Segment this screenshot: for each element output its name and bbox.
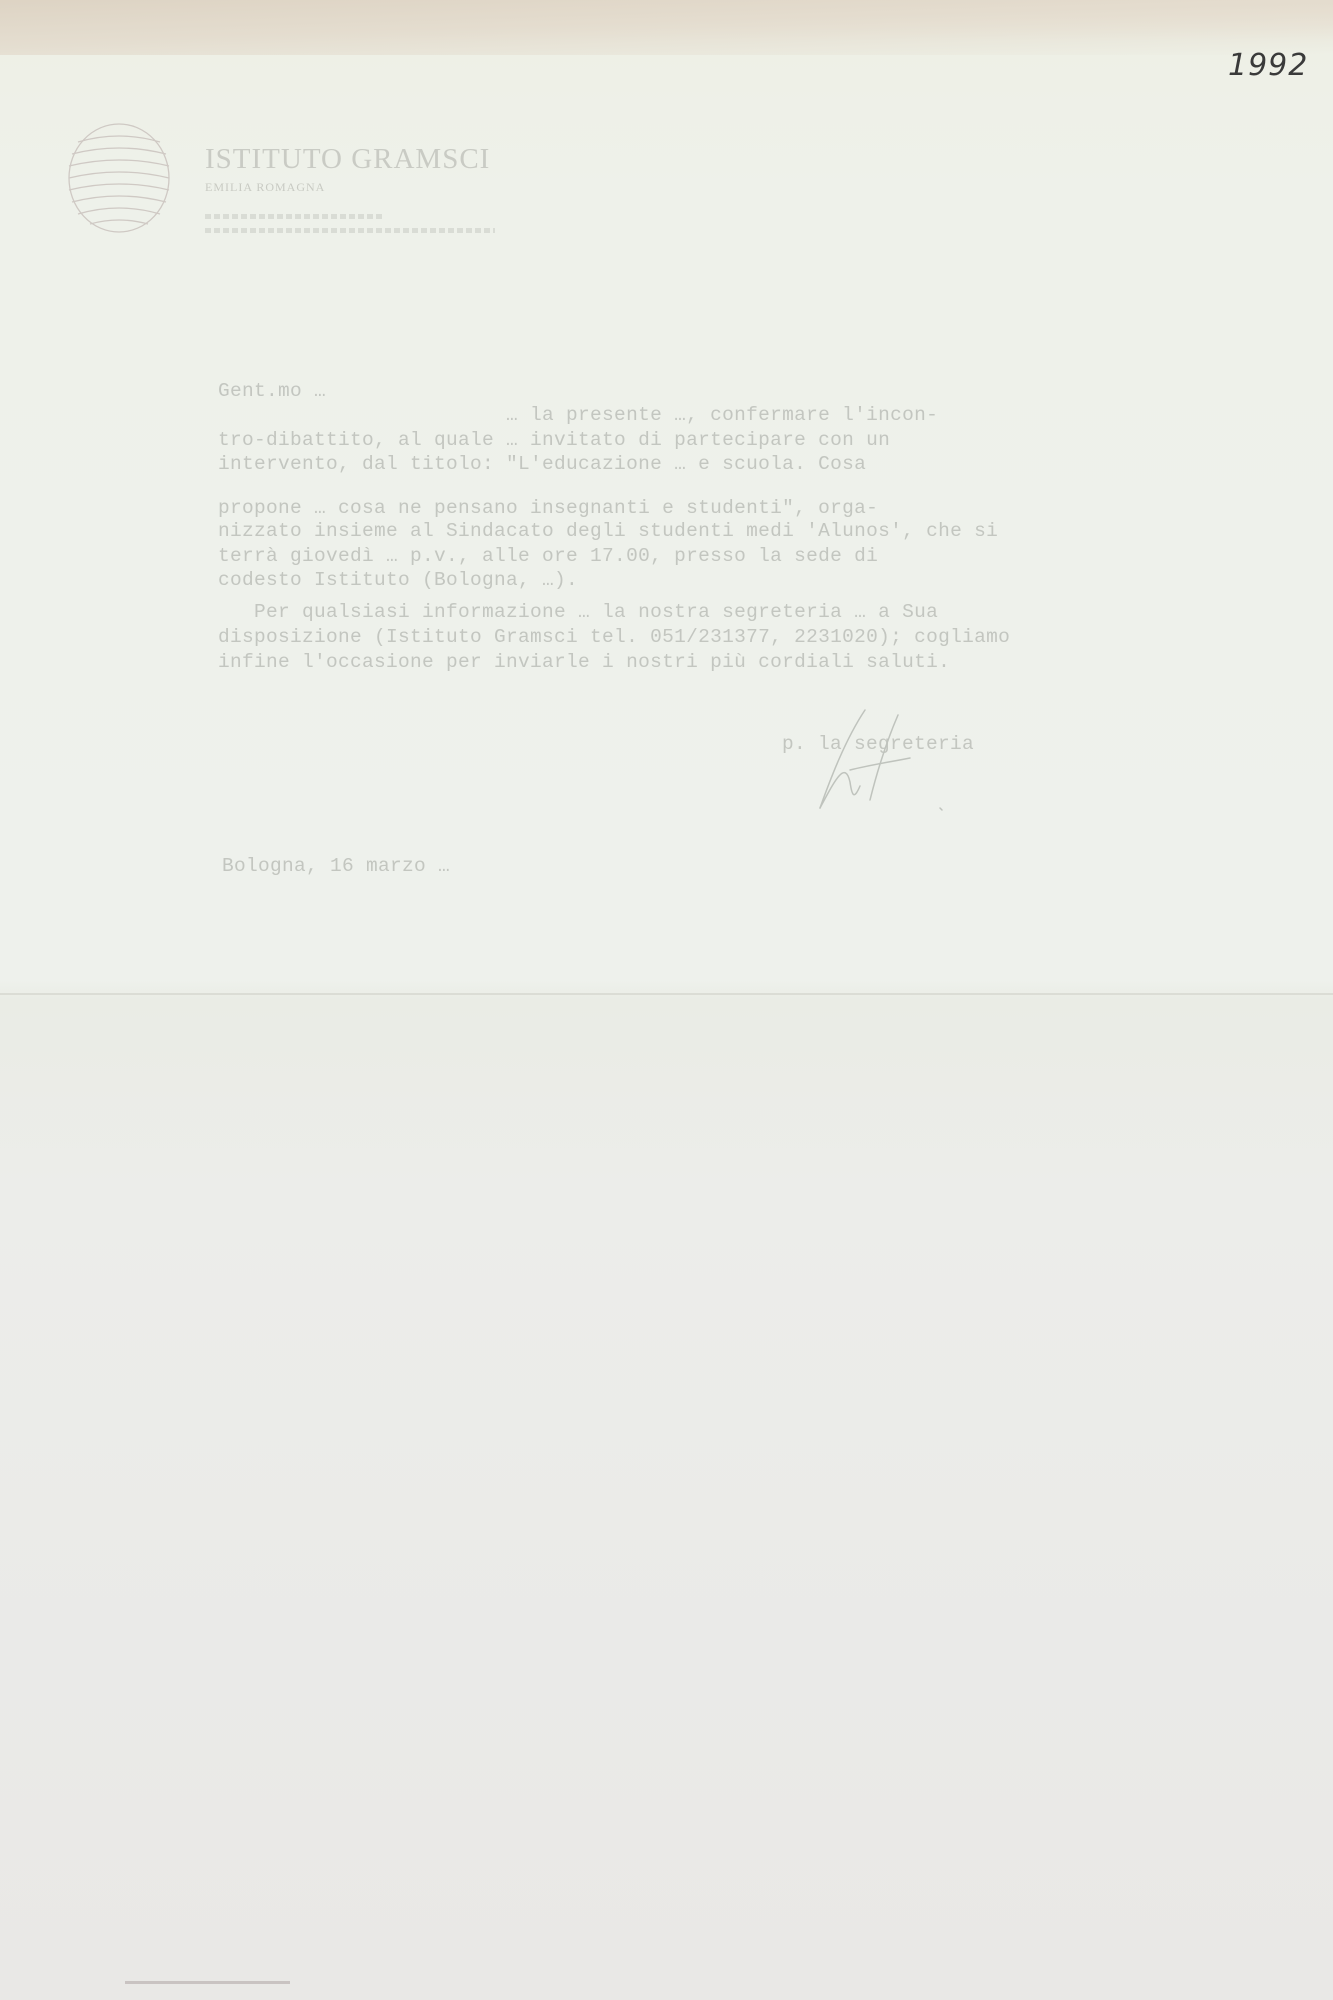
handwritten-year-annotation: 1992 [1228,48,1308,83]
body-line: infine l'occasione per inviarle i nostri… [218,651,950,673]
paper-stain [0,0,1333,55]
striped-globe-icon [64,120,174,235]
body-line: terrà giovedì … p.v., alle ore 17.00, pr… [218,545,878,567]
body-line: nizzato insieme al Sindacato degli stude… [218,520,998,542]
body-line: … la presente …, confermare l'incon- [218,404,938,426]
paper-fold-line [0,993,1333,995]
body-line: Per qualsiasi informazione … la nostra s… [218,601,938,623]
place-and-date: Bologna, 16 marzo … [222,855,450,877]
paper-mark [125,1981,290,1984]
organization-address-illegible [205,214,495,236]
organization-region: EMILIA ROMAGNA [205,180,325,195]
body-line: codesto Istituto (Bologna, …). [218,569,578,591]
body-line: propone … cosa ne pensano insegnanti e s… [218,497,878,519]
body-line: disposizione (Istituto Gramsci tel. 051/… [218,626,1010,648]
body-line: intervento, dal titolo: "L'educazione … … [218,453,866,475]
salutation: Gent.mo … [218,380,326,402]
organization-name: ISTITUTO GRAMSCI [205,143,490,176]
signature [790,700,960,820]
body-line: tro-dibattito, al quale … invitato di pa… [218,429,890,451]
